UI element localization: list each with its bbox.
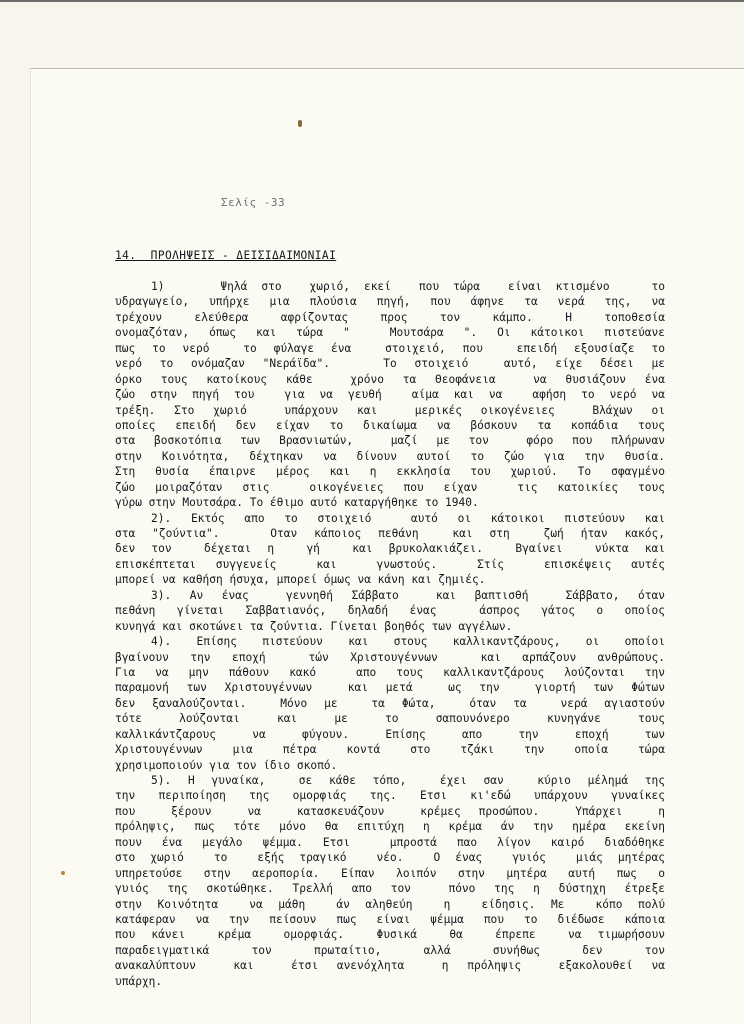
scan-top-edge — [0, 0, 744, 2]
text-line: όρκο τους κατοίκους κάθε χρόνο τα Θεοφάν… — [115, 372, 665, 387]
text-line: παραμονή των Χριστουγέννων και μετά ως τ… — [115, 680, 665, 695]
text-line: χρησιμοποιούν για τον ίδιο σκοπό. — [115, 758, 665, 773]
text-line: πως το νερό το φύλαγε ένα στοιχειό, που … — [115, 341, 665, 356]
text-line: 2). Εκτός απο το στοιχειό αυτό οι κάτοικ… — [115, 511, 665, 526]
text-line: δεν ξαναλούζονται. Μόνο με τα Φώτα, όταν… — [115, 696, 665, 711]
section-heading: 14. ΠΡΟΛΗΨΕΙΣ - ΔΕΙΣΙΔΑΙΜΟΝΙΑΙ — [115, 249, 336, 262]
text-line: κατάφεραν να την πείσουν πως είναι ψέμμα… — [115, 912, 665, 927]
text-line: στα "ζούντια". Οταν κάποιος πεθάνη και σ… — [115, 526, 665, 541]
text-line: Χριστουγέννων μια πέτρα κοντά στο τζάκι … — [115, 742, 665, 757]
text-line: μπορεί να καθήση ήσυχα, μπορεί όμως να κ… — [115, 572, 665, 587]
text-line: Για να μην πάθουν κακό απο τους καλλικαν… — [115, 665, 665, 680]
text-line: παραδειγματικά τον πρωταίτιο, αλλά συνήθ… — [115, 943, 665, 958]
text-line: γύρω στην Μουτσάρα. Το έθιμο αυτό καταργ… — [115, 495, 665, 510]
text-line: νερό το ονόμαζαν "Νεράϊδα". Το στοιχειό … — [115, 356, 665, 371]
paper-speck — [61, 871, 65, 875]
text-line: υδραγωγείο, υπήρχε μια πλούσια πηγή, που… — [115, 294, 665, 309]
paper-speck — [298, 120, 302, 127]
text-line: τρέξη. Στο χωριό υπάρχουν και μερικές οι… — [115, 403, 665, 418]
text-line: που ξέρουν να κατασκευάζουν κρέμες προσώ… — [115, 804, 665, 819]
text-line: δεν τον δέχεται η γή και βρυκολακιάζει. … — [115, 541, 665, 556]
text-line: στο χωριό το εξής τραγικό νέο. Ο ένας γυ… — [115, 850, 665, 865]
text-line: 4). Επίσης πιστεύουν και στους καλλικαντ… — [115, 634, 665, 649]
text-line: 3). Αν ένας γεννηθή Σάββατο και βαπτισθή… — [115, 588, 665, 603]
body-text: 1) Ψηλά στο χωριό, εκεί που τώρα είναι κ… — [115, 279, 665, 989]
text-line: 1) Ψηλά στο χωριό, εκεί που τώρα είναι κ… — [115, 279, 665, 294]
text-line: υπηρετούσε στην αεροπορία. Είπαν λοιπόν … — [115, 866, 665, 881]
text-line: βγαίνουν την εποχή τών Χριστουγέννων και… — [115, 650, 665, 665]
text-line: υπάρχη. — [115, 974, 665, 989]
text-line: οποίες επειδή δεν είχαν το δικαίωμα να β… — [115, 418, 665, 433]
text-line: επισκέπτεται συγγενείς και γνωστούς. Στί… — [115, 557, 665, 572]
text-line: πρόληψις, πως τότε μόνο θα επιτύχη η κρέ… — [115, 819, 665, 834]
text-line: 5). Η γυναίκα, σε κάθε τόπο, έχει σαν κύ… — [115, 773, 665, 788]
text-line: στα βοσκοτόπια των Βρασνιωτών, μαζί με τ… — [115, 433, 665, 448]
text-line: πεθάνη γίνεται Σαββατιανός, δηλαδή ένας … — [115, 603, 665, 618]
text-line: πουν ένα μεγάλο ψέμμα. Ετσι μπροστά παο … — [115, 835, 665, 850]
text-line: ανακαλύπτουν και έτσι ανενόχλητα η πρόλη… — [115, 958, 665, 973]
text-line: ζώο στην πηγή του για να γευθή αίμα και … — [115, 387, 665, 402]
text-line: που κάνει κρέμα ομορφιάς. Φυσικά θα έπρε… — [115, 927, 665, 942]
text-line: τρέχουν ελεύθερα αφρίζοντας προς τον κάμ… — [115, 310, 665, 325]
text-line: κυνηγά και σκοτώνει τα ζούντια. Γίνεται … — [115, 619, 665, 634]
page-number: Σελίς -33 — [221, 196, 285, 209]
text-line: καλλικάντζαρους να φύγουν. Επίσης απο τη… — [115, 727, 665, 742]
text-line: Στη θυσία έπαιρνε μέρος και η εκκλησία τ… — [115, 464, 665, 479]
text-line: τότε λούζονται και με το σαπουνόνερο κυν… — [115, 711, 665, 726]
text-line: στην Κοινότητα να μάθη άν αληθεύη η είδη… — [115, 897, 665, 912]
text-line: ονομαζόταν, όπως και τώρα " Μουτσάρα ". … — [115, 325, 665, 340]
text-line: στην Κοινότητα, δέχτηκαν να δίνουν αυτοί… — [115, 449, 665, 464]
text-line: την περιποίηση της ομορφιάς της. Ετσι κι… — [115, 788, 665, 803]
text-line: ζώο μοιραζόταν στις οικογένειες που είχα… — [115, 480, 665, 495]
text-line: γυιός της σκοτώθηκε. Τρελλή απο τον πόνο… — [115, 881, 665, 896]
